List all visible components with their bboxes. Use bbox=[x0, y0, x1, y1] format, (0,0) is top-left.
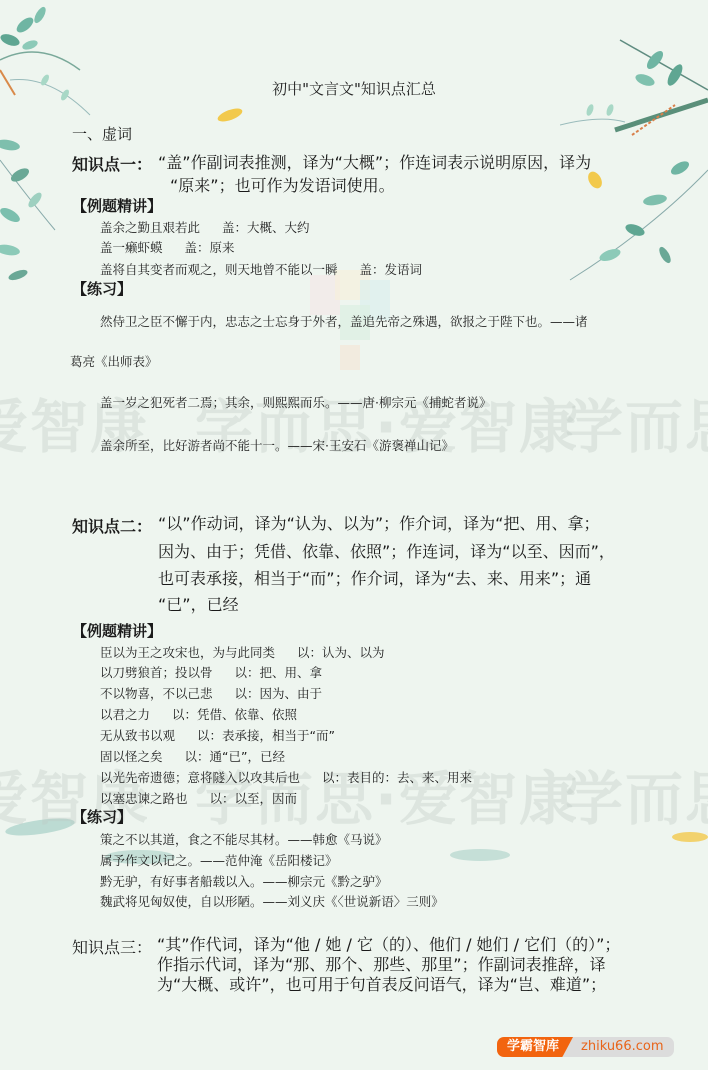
practice-header: 【练习】 bbox=[72, 278, 132, 299]
example-item: 盖余之勤且艰若此盖：大概、大约 bbox=[100, 218, 310, 236]
brand-badge: 学霸智库 zhiku66.com bbox=[497, 1037, 674, 1057]
knowledge-point-3-label: 知识点三： bbox=[72, 935, 152, 958]
knowledge-point-2-text: 因为、由于；凭借、依靠、依照”；作连词，译为“以至、因而”， bbox=[158, 539, 615, 564]
example-item: 盖一癞虾蟆盖：原来 bbox=[100, 238, 235, 256]
knowledge-point-2-text: “以”作动词，译为“认为、以为”；作介词，译为“把、用、拿； bbox=[158, 511, 599, 536]
knowledge-point-2-text: “已”，已经 bbox=[158, 592, 239, 617]
knowledge-point-1-text: “盖”作副词表推测，译为“大概”；作连词表示说明原因，译为 bbox=[158, 150, 591, 175]
practice-item: 然侍卫之臣不懈于内，忠志之士忘身于外者，盖追先帝之殊遇，欲报之于陛下也。——诸 bbox=[100, 312, 588, 330]
practice-item: 葛亮《出师表》 bbox=[70, 352, 158, 370]
brand-url: zhiku66.com bbox=[563, 1037, 673, 1057]
practice-header: 【练习】 bbox=[72, 806, 132, 827]
knowledge-point-2-text: 也可表承接，相当于“而”；作介词，译为“去、来、用来”；通 bbox=[158, 566, 591, 591]
example-item: 无从致书以观以：表承接，相当于“而” bbox=[100, 726, 335, 744]
knowledge-point-1-label: 知识点一： bbox=[72, 152, 152, 175]
brand-name: 学霸智库 bbox=[497, 1037, 573, 1057]
example-item: 固以怪之矣以：通“已”，已经 bbox=[100, 747, 285, 765]
knowledge-point-3-text: 为“大概、或许”，也可用于句首表反问语气，译为“岂、难道”； bbox=[157, 972, 606, 997]
knowledge-point-1-text: “原来”；也可作为发语词使用。 bbox=[170, 173, 395, 198]
section-heading: 一、虚词 bbox=[72, 123, 132, 144]
yellow-leaf-decoration bbox=[215, 105, 245, 125]
practice-item: 魏武将见匈奴使，自以形陋。——刘义庆《〈世说新语〉三则》 bbox=[100, 892, 444, 910]
practice-item: 盖余所至，比好游者尚不能十一。——宋·王安石《游褒禅山记》 bbox=[100, 436, 454, 454]
example-item: 不以物喜，不以己悲以：因为、由于 bbox=[100, 684, 322, 702]
page-title: 初中"文言文"知识点汇总 bbox=[0, 78, 708, 99]
example-item: 以刀劈狼首；投以骨以：把、用、拿 bbox=[100, 663, 322, 681]
practice-item: 黔无驴，有好事者船载以入。——柳宗元《黔之驴》 bbox=[100, 872, 388, 890]
examples-header: 【例题精讲】 bbox=[72, 195, 162, 216]
example-item: 臣以为王之攻宋也，为与此同类以：认为、以为 bbox=[100, 643, 385, 661]
watermark: 学而思 bbox=[565, 380, 708, 464]
example-item: 以君之力以：凭借、依靠、依照 bbox=[100, 705, 297, 723]
knowledge-point-2-label: 知识点二： bbox=[72, 514, 152, 537]
example-item: 以塞忠谏之路也以：以至，因而 bbox=[100, 789, 297, 807]
example-item: 盖将自其变者而观之，则天地曾不能以一瞬盖：发语词 bbox=[100, 260, 422, 278]
examples-header: 【例题精讲】 bbox=[72, 620, 162, 641]
watermark: 学而思 bbox=[565, 752, 708, 836]
practice-item: 策之不以其道，食之不能尽其材。——韩愈《马说》 bbox=[100, 830, 388, 848]
example-item: 以光先帝遗德；意将隧入以攻其后也以：表目的：去、来、用来 bbox=[100, 768, 472, 786]
practice-item: 属予作文以记之。——范仲淹《岳阳楼记》 bbox=[100, 851, 338, 869]
practice-item: 盖一岁之犯死者二焉；其余，则熙熙而乐。——唐·柳宗元《捕蛇者说》 bbox=[100, 393, 491, 411]
